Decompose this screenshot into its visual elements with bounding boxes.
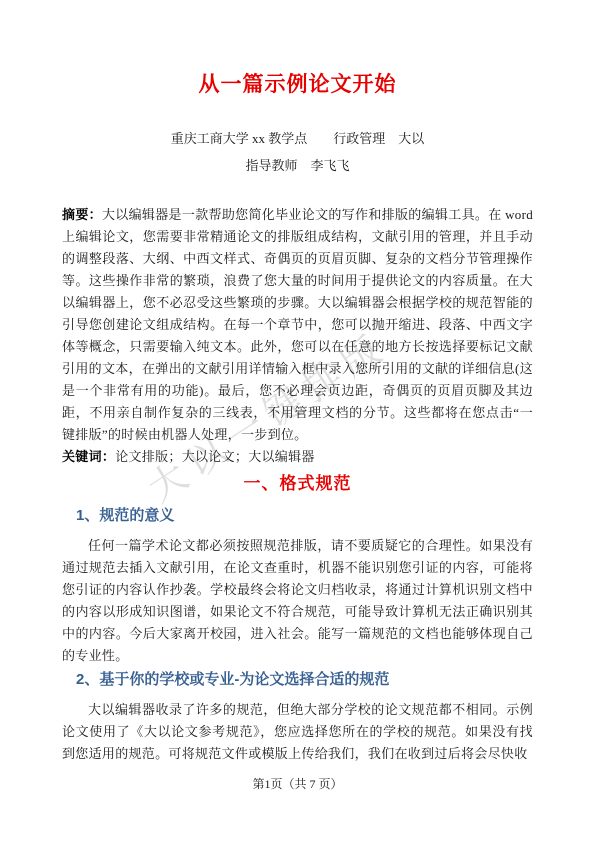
abstract-text: 大以编辑器是一款帮助您简化毕业论文的写作和排版的编辑工具。在 word 上编辑论… (62, 207, 533, 442)
keywords-label: 关键词： (62, 449, 115, 464)
keywords-text: 论文排版；大以论文；大以编辑器 (115, 449, 315, 464)
abstract-label: 摘要： (62, 207, 102, 222)
subsection2-body-paragraph: 大以编辑器收录了许多的规范，但绝大部分学校的论文规范都不相同。示例论文使用了《大… (62, 699, 533, 765)
subsection-heading-choose-standard: 2、基于你的学校或专业-为论文选择合适的规范 (76, 670, 533, 690)
subsection1-body-paragraph: 任何一篇学术论文都必须按照规范排版，请不要质疑它的合理性。如果没有通过规范去插入… (62, 535, 533, 667)
author-line: 重庆工商大学 xx 教学点 行政管理 大以 (62, 131, 533, 147)
subsection-heading-meaning-of-standards: 1、规范的意义 (76, 506, 533, 526)
document-content: 从一篇示例论文开始 重庆工商大学 xx 教学点 行政管理 大以 指导教师 李飞飞… (62, 0, 533, 765)
page-number-footer: 第1页（共 7 页） (0, 777, 595, 792)
keywords-line: 关键词：论文排版；大以论文；大以编辑器 (62, 446, 533, 468)
document-title: 从一篇示例论文开始 (62, 0, 533, 98)
section-heading-format-standards: 一、格式规范 (62, 472, 533, 496)
document-page: 大以一键排版 从一篇示例论文开始 重庆工商大学 xx 教学点 行政管理 大以 指… (0, 0, 595, 842)
supervisor-line: 指导教师 李飞飞 (62, 158, 533, 174)
abstract-paragraph: 摘要：大以编辑器是一款帮助您简化毕业论文的写作和排版的编辑工具。在 word 上… (62, 204, 533, 446)
